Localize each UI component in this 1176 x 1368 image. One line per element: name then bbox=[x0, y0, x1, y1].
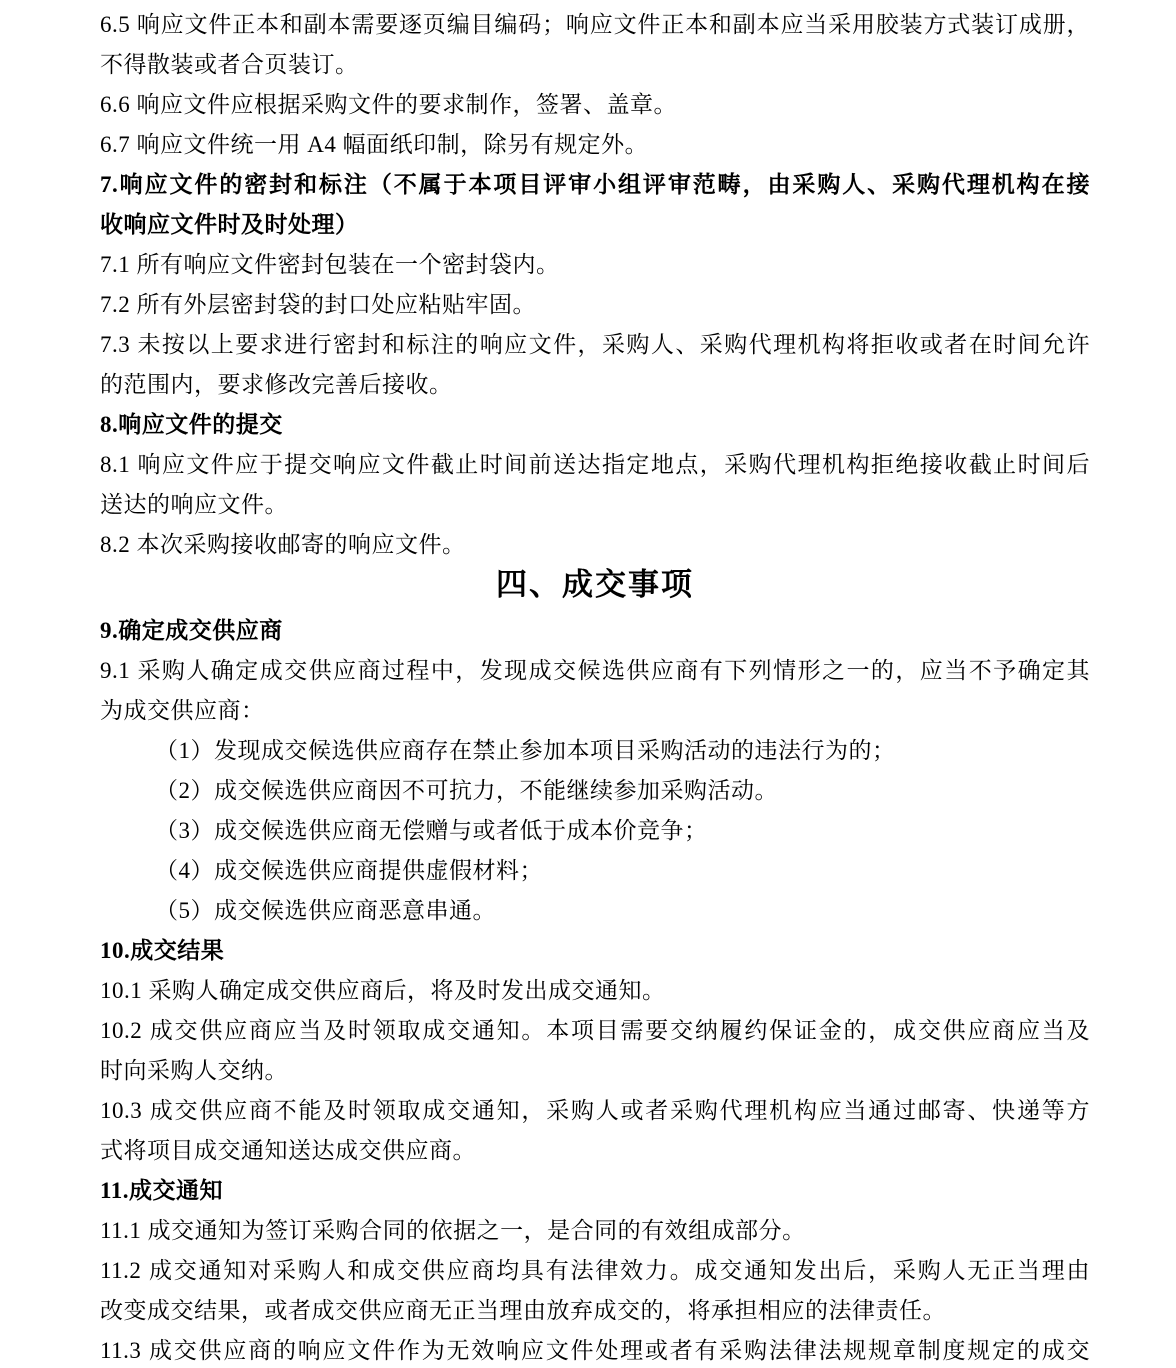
list-item-line: （1）发现成交候选供应商存在禁止参加本项目采购活动的违法行为的； bbox=[100, 731, 1090, 771]
paragraph-line: 11.3 成交供应商的响应文件作为无效响应文件处理或者有采购法律法规规章制度规定… bbox=[100, 1331, 1090, 1368]
clause-heading: 7.响应文件的密封和标注（不属于本项目评审小组评审范畴，由采购人、采购代理机构在… bbox=[100, 165, 1090, 205]
paragraph-line: 8.1 响应文件应于提交响应文件截止时间前送达指定地点，采购代理机构拒绝接收截止… bbox=[100, 445, 1090, 485]
clause-heading: 10.成交结果 bbox=[100, 931, 1090, 971]
paragraph-line: 10.3 成交供应商不能及时领取成交通知，采购人或者采购代理机构应当通过邮寄、快… bbox=[100, 1091, 1090, 1131]
paragraph-line: 10.2 成交供应商应当及时领取成交通知。本项目需要交纳履约保证金的，成交供应商… bbox=[100, 1011, 1090, 1051]
paragraph-line: 11.1 成交通知为签订采购合同的依据之一，是合同的有效组成部分。 bbox=[100, 1211, 1090, 1251]
paragraph-line: 改变成交结果，或者成交供应商无正当理由放弃成交的，将承担相应的法律责任。 bbox=[100, 1291, 1090, 1331]
paragraph-line: 7.1 所有响应文件密封包装在一个密封袋内。 bbox=[100, 245, 1090, 285]
paragraph-line: 时向采购人交纳。 bbox=[100, 1051, 1090, 1091]
paragraph-line: 8.2 本次采购接收邮寄的响应文件。 bbox=[100, 525, 1090, 565]
clause-heading: 8.响应文件的提交 bbox=[100, 405, 1090, 445]
paragraph-line: 11.2 成交通知对采购人和成交供应商均具有法律效力。成交通知发出后，采购人无正… bbox=[100, 1251, 1090, 1291]
document-page: 6.5 响应文件正本和副本需要逐页编目编码；响应文件正本和副本应当采用胶装方式装… bbox=[100, 0, 1090, 1368]
list-item-line: （2）成交候选供应商因不可抗力，不能继续参加采购活动。 bbox=[100, 771, 1090, 811]
paragraph-line: 9.1 采购人确定成交供应商过程中，发现成交候选供应商有下列情形之一的，应当不予… bbox=[100, 651, 1090, 691]
clause-heading: 9.确定成交供应商 bbox=[100, 611, 1090, 651]
paragraph-line: 6.6 响应文件应根据采购文件的要求制作，签署、盖章。 bbox=[100, 85, 1090, 125]
list-item-line: （5）成交候选供应商恶意串通。 bbox=[100, 891, 1090, 931]
paragraph-line: 7.3 未按以上要求进行密封和标注的响应文件，采购人、采购代理机构将拒收或者在时… bbox=[100, 325, 1090, 365]
paragraph-line: 为成交供应商： bbox=[100, 691, 1090, 731]
document-viewport: { "page": { "background_color": "#ffffff… bbox=[0, 0, 1176, 1368]
paragraph-line: 的范围内，要求修改完善后接收。 bbox=[100, 365, 1090, 405]
paragraph-line: 7.2 所有外层密封袋的封口处应粘贴牢固。 bbox=[100, 285, 1090, 325]
paragraph-line: 10.1 采购人确定成交供应商后，将及时发出成交通知。 bbox=[100, 971, 1090, 1011]
paragraph-line: 送达的响应文件。 bbox=[100, 485, 1090, 525]
clause-heading: 收响应文件时及时处理） bbox=[100, 205, 1090, 245]
list-item-line: （3）成交候选供应商无偿赠与或者低于成本价竞争； bbox=[100, 811, 1090, 851]
paragraph-line: 6.5 响应文件正本和副本需要逐页编目编码；响应文件正本和副本应当采用胶装方式装… bbox=[100, 5, 1090, 45]
paragraph-line: 式将项目成交通知送达成交供应商。 bbox=[100, 1131, 1090, 1171]
section-title: 四、成交事项 bbox=[100, 565, 1090, 611]
paragraph-line: 不得散装或者合页装订。 bbox=[100, 45, 1090, 85]
list-item-line: （4）成交候选供应商提供虚假材料； bbox=[100, 851, 1090, 891]
paragraph-line: 6.7 响应文件统一用 A4 幅面纸印制，除另有规定外。 bbox=[100, 125, 1090, 165]
clause-heading: 11.成交通知 bbox=[100, 1171, 1090, 1211]
